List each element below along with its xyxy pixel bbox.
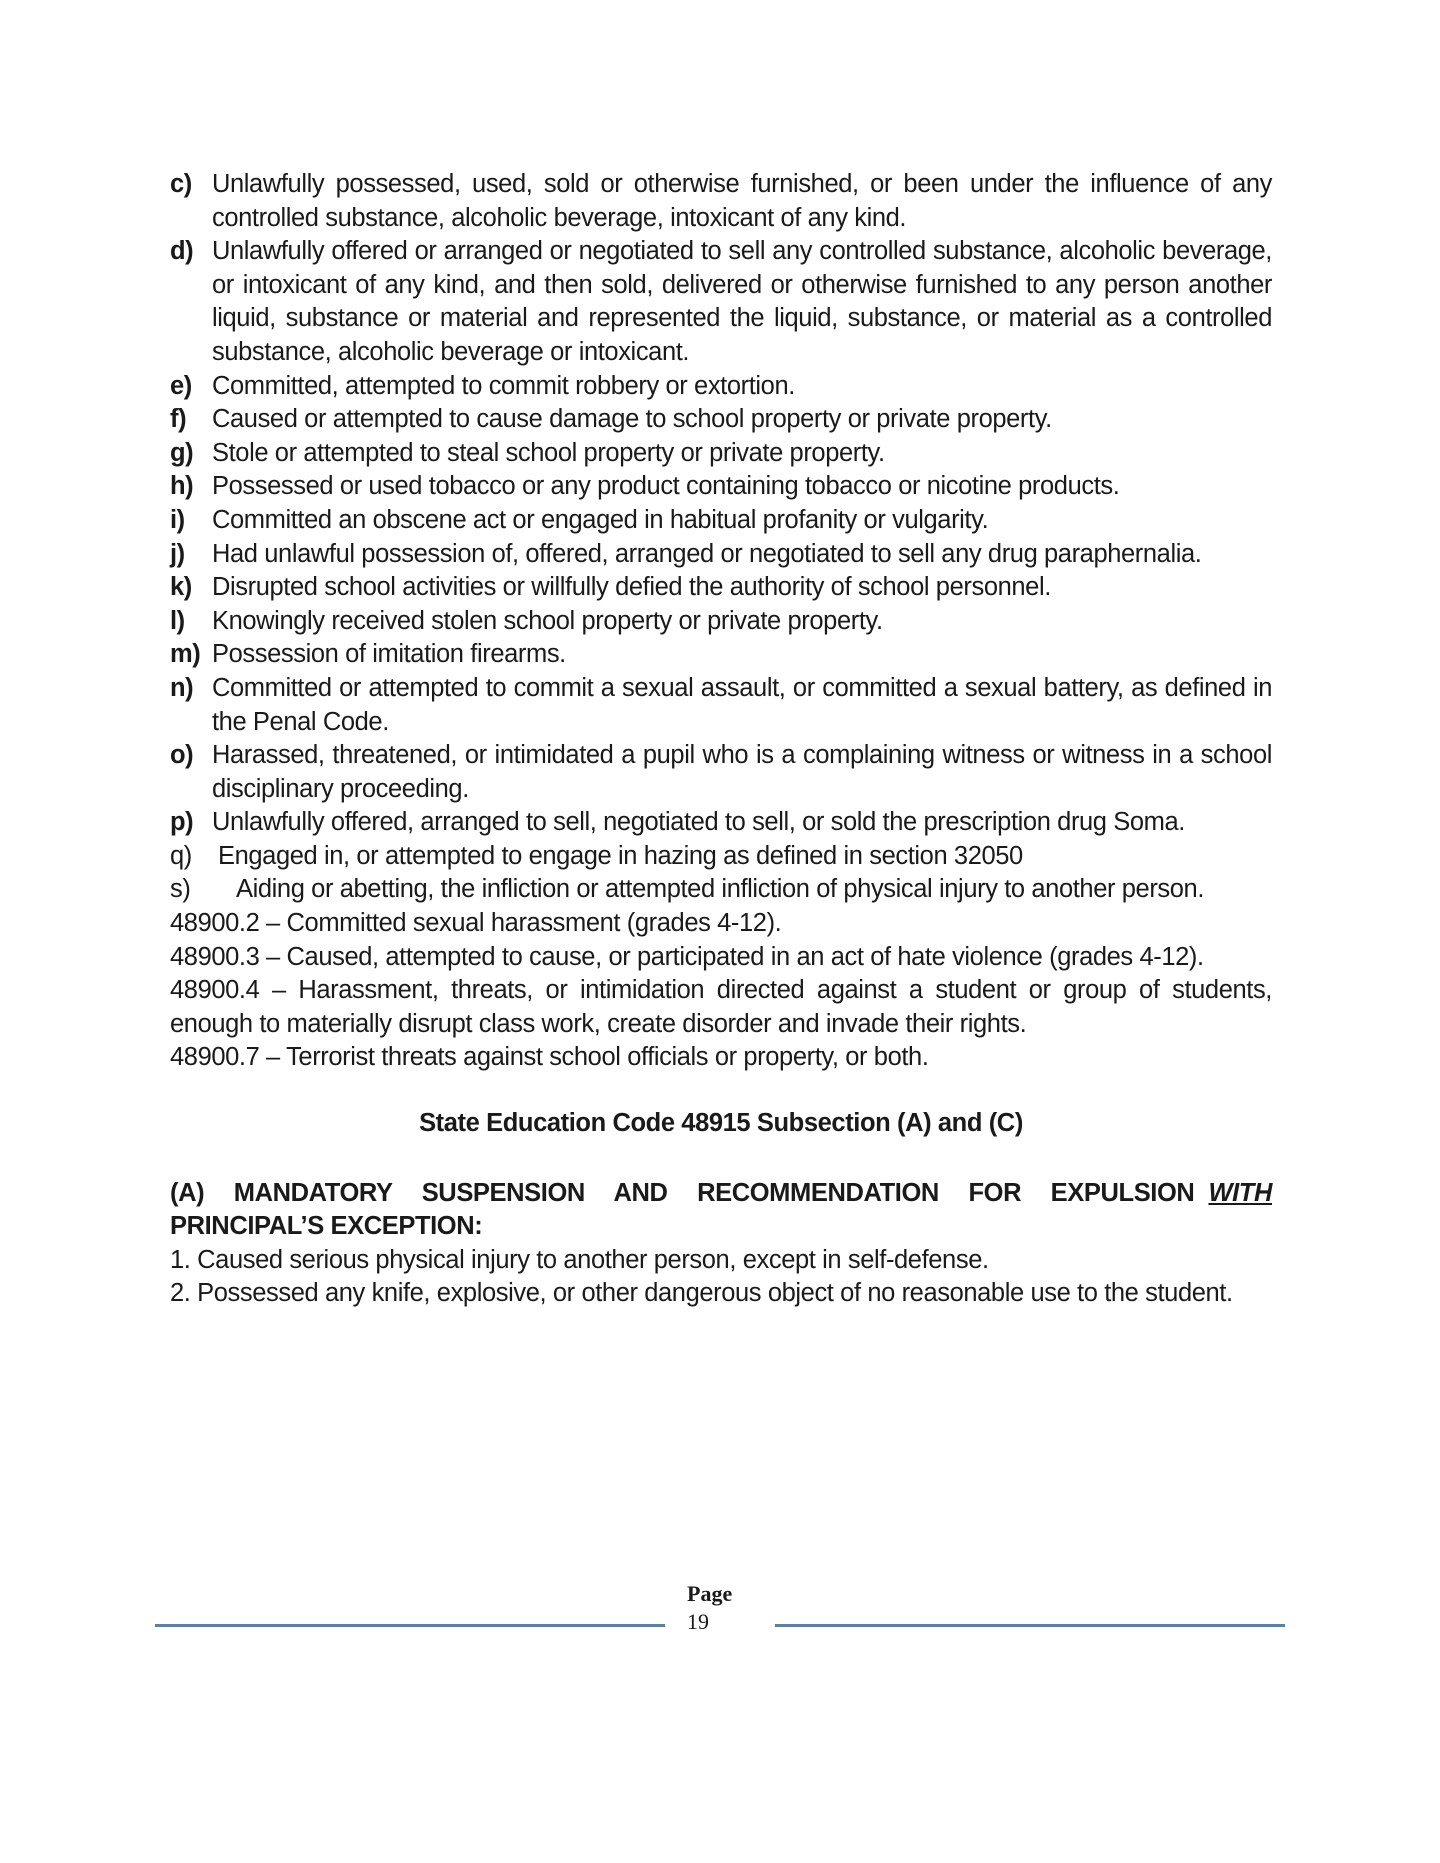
- list-marker: j): [170, 538, 212, 572]
- list-item: q)Engaged in, or attempted to engage in …: [170, 840, 1272, 874]
- list-item: f)Caused or attempted to cause damage to…: [170, 403, 1272, 437]
- list-text: Engaged in, or attempted to engage in ha…: [218, 840, 1272, 874]
- code-paragraph: 48900.2 – Committed sexual harassment (g…: [170, 907, 1272, 941]
- footer-rule-right: [775, 1624, 1285, 1627]
- heading-prefix: (A) MANDATORY SUSPENSION AND RECOMMENDAT…: [170, 1177, 1208, 1211]
- list-item: j)Had unlawful possession of, offered, a…: [170, 538, 1272, 572]
- code-paragraph: 48900.3 – Caused, attempted to cause, or…: [170, 941, 1272, 975]
- list-marker: k): [170, 571, 212, 605]
- heading-emphasis: WITH: [1208, 1177, 1272, 1211]
- list-item: k)Disrupted school activities or willful…: [170, 571, 1272, 605]
- list-item: d)Unlawfully offered or arranged or nego…: [170, 235, 1272, 369]
- code-list: 48900.2 – Committed sexual harassment (g…: [170, 907, 1272, 1075]
- list-marker: h): [170, 470, 212, 504]
- list-text: Unlawfully possessed, used, sold or othe…: [212, 168, 1272, 235]
- list-text: Caused or attempted to cause damage to s…: [212, 403, 1272, 437]
- list-marker: m): [170, 638, 212, 672]
- list-item: c)Unlawfully possessed, used, sold or ot…: [170, 168, 1272, 235]
- list-marker: q): [170, 840, 218, 874]
- list-marker: o): [170, 739, 212, 806]
- page-number: 19: [675, 1608, 775, 1636]
- section-title: State Education Code 48915 Subsection (A…: [170, 1107, 1272, 1141]
- list-text: Committed or attempted to commit a sexua…: [212, 672, 1272, 739]
- list-marker: p): [170, 806, 212, 840]
- list-item: n)Committed or attempted to commit a sex…: [170, 672, 1272, 739]
- page-footer: Page 19: [155, 1580, 1285, 1640]
- code-paragraph: 48900.7 – Terrorist threats against scho…: [170, 1041, 1272, 1075]
- list-text: Had unlawful possession of, offered, arr…: [212, 538, 1272, 572]
- list-item-s: s)Aiding or abetting, the infliction or …: [170, 873, 1272, 907]
- list-text: Knowingly received stolen school propert…: [212, 605, 1272, 639]
- page-word: Page: [675, 1580, 775, 1608]
- list-marker: l): [170, 605, 212, 639]
- list-text: Possessed or used tobacco or any product…: [212, 470, 1272, 504]
- list-text: Committed, attempted to commit robbery o…: [212, 370, 1272, 404]
- list-item: m)Possession of imitation firearms.: [170, 638, 1272, 672]
- heading-suffix: PRINCIPAL’S EXCEPTION:: [170, 1210, 1272, 1244]
- offense-list: c)Unlawfully possessed, used, sold or ot…: [170, 168, 1272, 907]
- list-text: Aiding or abetting, the infliction or at…: [236, 875, 1204, 903]
- numbered-list: 1. Caused serious physical injury to ano…: [170, 1244, 1272, 1311]
- list-marker: g): [170, 437, 212, 471]
- list-item: p)Unlawfully offered, arranged to sell, …: [170, 806, 1272, 840]
- subsection-heading: (A) MANDATORY SUSPENSION AND RECOMMENDAT…: [170, 1177, 1272, 1244]
- list-text: Unlawfully offered or arranged or negoti…: [212, 235, 1272, 369]
- list-text: Unlawfully offered, arranged to sell, ne…: [212, 806, 1272, 840]
- list-item: h)Possessed or used tobacco or any produ…: [170, 470, 1272, 504]
- list-text: Committed an obscene act or engaged in h…: [212, 504, 1272, 538]
- list-marker: n): [170, 672, 212, 739]
- list-item: g)Stole or attempted to steal school pro…: [170, 437, 1272, 471]
- numbered-item: 2. Possessed any knife, explosive, or ot…: [170, 1277, 1272, 1311]
- list-marker: s): [170, 873, 236, 907]
- list-item: e)Committed, attempted to commit robbery…: [170, 370, 1272, 404]
- list-marker: f): [170, 403, 212, 437]
- list-text: Disrupted school activities or willfully…: [212, 571, 1272, 605]
- numbered-item: 1. Caused serious physical injury to ano…: [170, 1244, 1272, 1278]
- heading-line: (A) MANDATORY SUSPENSION AND RECOMMENDAT…: [170, 1177, 1272, 1211]
- list-item: l)Knowingly received stolen school prope…: [170, 605, 1272, 639]
- code-paragraph: 48900.4 – Harassment, threats, or intimi…: [170, 974, 1272, 1041]
- list-text: Possession of imitation firearms.: [212, 638, 1272, 672]
- page-number-label: Page 19: [675, 1580, 775, 1636]
- document-body: c)Unlawfully possessed, used, sold or ot…: [170, 168, 1272, 1311]
- list-marker: d): [170, 235, 212, 369]
- list-text: Stole or attempted to steal school prope…: [212, 437, 1272, 471]
- list-item: o)Harassed, threatened, or intimidated a…: [170, 739, 1272, 806]
- list-item: i)Committed an obscene act or engaged in…: [170, 504, 1272, 538]
- list-marker: c): [170, 168, 212, 235]
- list-marker: i): [170, 504, 212, 538]
- footer-rule-left: [155, 1624, 665, 1627]
- list-marker: e): [170, 370, 212, 404]
- list-text: Harassed, threatened, or intimidated a p…: [212, 739, 1272, 806]
